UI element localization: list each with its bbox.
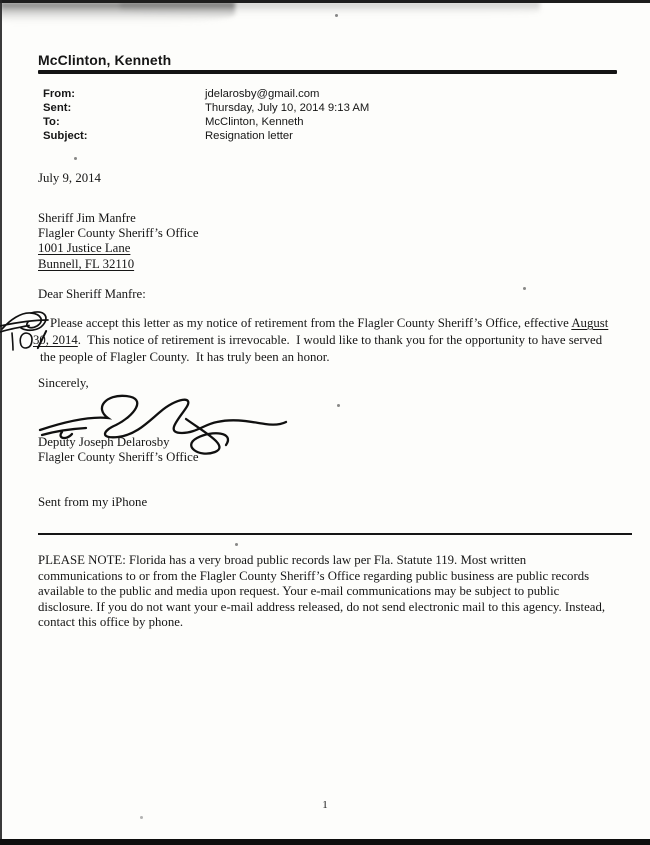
sender-org: Flagler County Sheriff’s Office [38,450,199,465]
address-line: Flagler County Sheriff’s Office [38,226,199,241]
body-line-3: the people of Flagler County. It has tru… [40,350,330,365]
email-field-value: jdelarosby@gmail.com [205,87,319,101]
address-line: 1001 Justice Lane [38,241,199,256]
public-records-notice: PLEASE NOTE: Florida has a very broad pu… [38,553,605,631]
email-field-to: To:McClinton, Kenneth [43,115,603,129]
scan-smudge-top [120,2,540,16]
scan-bottom-bar [0,839,650,845]
scan-speck [235,543,238,546]
email-field-value: Resignation letter [205,129,293,143]
email-field-subject: Subject:Resignation letter [43,129,603,143]
scan-speck [337,404,340,407]
notice-line: communications to or from the Flagler Co… [38,569,605,585]
body-text: . This notice of retirement is irrevocab… [78,333,602,347]
notice-line: available to the public and media upon r… [38,584,605,600]
email-field-label: From: [43,87,205,101]
body-text: Please accept this letter as my notice o… [50,316,571,330]
email-field-label: Sent: [43,101,205,115]
salutation: Dear Sheriff Manfre: [38,287,146,302]
notice-line: PLEASE NOTE: Florida has a very broad pu… [38,553,605,569]
scanned-email-page: McClinton, Kenneth From:jdelarosby@gmail… [0,0,650,845]
email-field-from: From:jdelarosby@gmail.com [43,87,603,101]
email-field-label: To: [43,115,205,129]
footer-separator-rule [38,533,632,535]
email-field-value: McClinton, Kenneth [205,115,304,129]
sent-from-iphone: Sent from my iPhone [38,495,147,510]
recipient-address: Sheriff Jim Manfre Flagler County Sherif… [38,211,199,272]
scan-left-edge [0,0,2,845]
body-line-1: Please accept this letter as my notice o… [50,316,608,331]
address-line: Sheriff Jim Manfre [38,211,199,226]
page-number: 1 [318,799,332,811]
email-owner-name: McClinton, Kenneth [38,52,171,68]
body-line-2: 30, 2014. This notice of retirement is i… [33,333,602,348]
sender-name: Deputy Joseph Delarosby [38,435,170,450]
address-line: Bunnell, FL 32110 [38,257,199,272]
notice-line: disclosure. If you do not want your e-ma… [38,600,605,616]
scan-speck [74,157,77,160]
email-field-sent: Sent:Thursday, July 10, 2014 9:13 AM [43,101,603,115]
email-field-value: Thursday, July 10, 2014 9:13 AM [205,101,369,115]
scan-speck [140,816,143,819]
letter-date: July 9, 2014 [38,171,101,186]
notice-line: contact this office by phone. [38,615,605,631]
email-header-rule [38,70,617,74]
email-field-label: Subject: [43,129,205,143]
scan-top-edge [0,0,650,3]
effective-month-underlined: August [571,316,608,330]
scan-speck [335,14,338,17]
scan-speck [523,287,526,290]
